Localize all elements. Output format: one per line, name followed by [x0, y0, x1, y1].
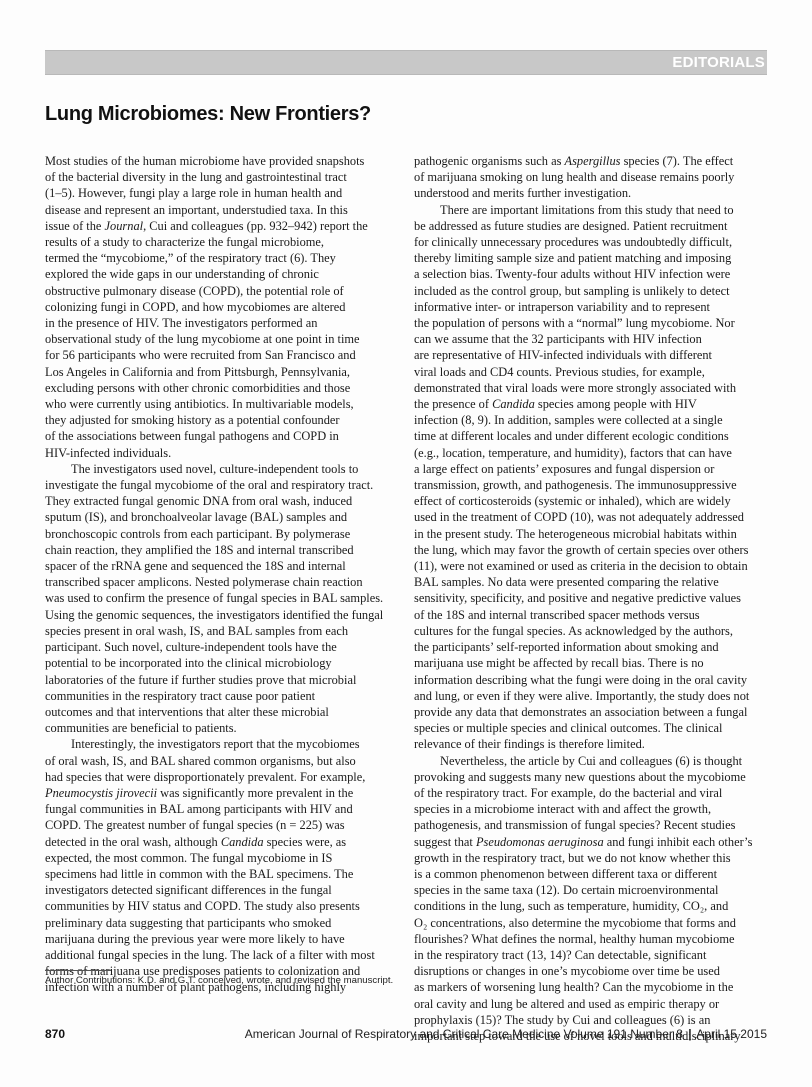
text-line: included as the control group, but sampl… — [414, 283, 770, 299]
text-line: understood and merits further investigat… — [414, 185, 770, 201]
left-column: Most studies of the human microbiome hav… — [45, 153, 401, 996]
body-paragraph: Interestingly, the investigators report … — [45, 736, 401, 995]
text-line: time at different locales and under diff… — [414, 428, 770, 444]
text-line: is a common phenomenon between different… — [414, 866, 770, 882]
text-line: pathogenesis, and transmission of fungal… — [414, 817, 770, 833]
text-line: in the respiratory tract (13, 14)? Can d… — [414, 947, 770, 963]
section-label: EDITORIALS — [672, 54, 765, 71]
text-line: and lung, or even if they were alive. Im… — [414, 688, 770, 704]
text-line: sputum (IS), and bronchoalveolar lavage … — [45, 509, 401, 525]
text-line: cultures for the fungal species. As ackn… — [414, 623, 770, 639]
body-paragraph: There are important limitations from thi… — [414, 202, 770, 753]
text-line: investigators detected significant diffe… — [45, 882, 401, 898]
text-line: of marijuana smoking on lung health and … — [414, 169, 770, 185]
text-line: species present in oral wash, IS, and BA… — [45, 623, 401, 639]
text-line: fungal communities in BAL among particip… — [45, 801, 401, 817]
text-line: chain reaction, they amplified the 18S a… — [45, 542, 401, 558]
text-line: information describing what the fungi we… — [414, 672, 770, 688]
right-column: pathogenic organisms such as Aspergillus… — [414, 153, 770, 1044]
text-line: infection (8, 9). In addition, samples w… — [414, 412, 770, 428]
text-line: as markers of worsening lung health? Can… — [414, 979, 770, 995]
text-line: explored the wide gaps in our understand… — [45, 266, 401, 282]
journal-citation: American Journal of Respiratory and Crit… — [245, 1027, 767, 1041]
text-line: demonstrated that viral loads were more … — [414, 380, 770, 396]
section-header-bar: EDITORIALS — [45, 50, 767, 75]
text-line: disease and represent an important, unde… — [45, 202, 401, 218]
text-line: species in the same taxa (12). Do certai… — [414, 882, 770, 898]
body-paragraph: pathogenic organisms such as Aspergillus… — [414, 153, 770, 202]
text-line: obstructive pulmonary disease (COPD), th… — [45, 283, 401, 299]
text-line: viral loads and CD4 counts. Previous stu… — [414, 364, 770, 380]
text-line: in the presence of HIV. The investigator… — [45, 315, 401, 331]
text-line: informative inter- or intraperson variab… — [414, 299, 770, 315]
text-line: be addressed as future studies are desig… — [414, 218, 770, 234]
text-line: expected, the most common. The fungal my… — [45, 850, 401, 866]
body-paragraph: The investigators used novel, culture-in… — [45, 461, 401, 736]
text-line: (1–5). However, fungi play a large role … — [45, 185, 401, 201]
italic-term: Journal — [105, 219, 144, 233]
text-line: communities by HIV status and COPD. The … — [45, 898, 401, 914]
text-line: they adjusted for smoking history as a p… — [45, 412, 401, 428]
text-line: Interestingly, the investigators report … — [45, 736, 401, 752]
text-line: BAL samples. No data were presented comp… — [414, 574, 770, 590]
text-line: additional fungal species in the lung. T… — [45, 947, 401, 963]
text-line: of the respiratory tract. For example, d… — [414, 785, 770, 801]
text-line: transmission, growth, and pathogenesis. … — [414, 477, 770, 493]
text-line: flourishes? What defines the normal, hea… — [414, 931, 770, 947]
text-line: can we assume that the 32 participants w… — [414, 331, 770, 347]
text-line: (11), were not examined or used as crite… — [414, 558, 770, 574]
text-line: colonizing fungi in COPD, and how mycobi… — [45, 299, 401, 315]
italic-term: Aspergillus — [565, 154, 621, 168]
text-line: who were currently using antibiotics. In… — [45, 396, 401, 412]
text-line: prophylaxis (15)? The study by Cui and c… — [414, 1012, 770, 1028]
footnote-divider — [45, 970, 111, 971]
italic-term: Candida — [221, 835, 264, 849]
text-line: for 56 participants who were recruited f… — [45, 347, 401, 363]
text-line: Using the genomic sequences, the investi… — [45, 607, 401, 623]
text-line: the participants’ self-reported informat… — [414, 639, 770, 655]
text-line: COPD. The greatest number of fungal spec… — [45, 817, 401, 833]
text-line: potential to be incorporated into the cl… — [45, 655, 401, 671]
text-line: marijuana during the previous year were … — [45, 931, 401, 947]
text-line: There are important limitations from thi… — [414, 202, 770, 218]
body-paragraph: Nevertheless, the article by Cui and col… — [414, 753, 770, 1045]
italic-term: Candida — [492, 397, 535, 411]
article-title: Lung Microbiomes: New Frontiers? — [45, 103, 371, 126]
text-line: of oral wash, IS, and BAL shared common … — [45, 753, 401, 769]
footer-separator: | — [686, 1027, 693, 1041]
text-line: participant. Such novel, culture-indepen… — [45, 639, 401, 655]
issue-date: April 15 2015 — [696, 1027, 767, 1041]
text-line: observational study of the lung mycobiom… — [45, 331, 401, 347]
text-line: investigate the fungal mycobiome of the … — [45, 477, 401, 493]
text-line: specimens had little in common with the … — [45, 866, 401, 882]
text-line: was used to confirm the presence of fung… — [45, 590, 401, 606]
text-line: relevance of their findings is therefore… — [414, 736, 770, 752]
text-line: transcribed spacer amplicons. Nested pol… — [45, 574, 401, 590]
text-line: a large effect on patients’ exposures an… — [414, 461, 770, 477]
text-line: detected in the oral wash, although Cand… — [45, 834, 401, 850]
text-line: the population of persons with a “normal… — [414, 315, 770, 331]
text-line: preliminary data suggesting that partici… — [45, 915, 401, 931]
text-line: species or multiple species and clinical… — [414, 720, 770, 736]
italic-term: Pneumocystis jirovecii — [45, 786, 157, 800]
text-line: of the 18S and internal transcribed spac… — [414, 607, 770, 623]
text-line: had species that were disproportionately… — [45, 769, 401, 785]
text-line: the presence of Candida species among pe… — [414, 396, 770, 412]
text-line: of the bacterial diversity in the lung a… — [45, 169, 401, 185]
text-line: used in the treatment of COPD (10), was … — [414, 509, 770, 525]
page-number: 870 — [45, 1027, 65, 1041]
text-line: conditions in the lung, such as temperat… — [414, 898, 770, 914]
text-line: issue of the Journal, Cui and colleagues… — [45, 218, 401, 234]
text-line: results of a study to characterize the f… — [45, 234, 401, 250]
text-line: are representative of HIV-infected indiv… — [414, 347, 770, 363]
text-line: spacer of the rRNA gene and sequenced th… — [45, 558, 401, 574]
text-line: disruptions or changes in one’s mycobiom… — [414, 963, 770, 979]
text-line: excluding persons with other chronic com… — [45, 380, 401, 396]
text-line: HIV-infected individuals. — [45, 445, 401, 461]
text-line: outcomes and that interventions that alt… — [45, 704, 401, 720]
text-line: (e.g., location, temperature, and humidi… — [414, 445, 770, 461]
text-line: termed the “mycobiome,” of the respirato… — [45, 250, 401, 266]
text-line: provoking and suggests many new question… — [414, 769, 770, 785]
text-line: thereby limiting sample size and patient… — [414, 250, 770, 266]
page-footer: 870 American Journal of Respiratory and … — [45, 1027, 767, 1043]
text-line: Los Angeles in California and from Pitts… — [45, 364, 401, 380]
text-line: suggest that Pseudomonas aeruginosa and … — [414, 834, 770, 850]
text-line: laboratories of the future if further st… — [45, 672, 401, 688]
text-line: pathogenic organisms such as Aspergillus… — [414, 153, 770, 169]
text-line: bronchoscopic controls from each partici… — [45, 526, 401, 542]
journal-name: American Journal of Respiratory and Crit… — [245, 1027, 683, 1041]
text-line: The investigators used novel, culture-in… — [45, 461, 401, 477]
text-line: species in a microbiome interact with an… — [414, 801, 770, 817]
text-line: a selection bias. Twenty-four adults wit… — [414, 266, 770, 282]
author-contributions-footnote: Author Contributions: K.D. and G.T. conc… — [45, 974, 401, 988]
text-line: O₂ concentrations, also determine the my… — [414, 915, 770, 931]
body-paragraph: Most studies of the human microbiome hav… — [45, 153, 401, 461]
text-line: in the present study. The heterogeneous … — [414, 526, 770, 542]
text-line: marijuana use might be affected by recal… — [414, 655, 770, 671]
text-line: communities are beneficial to patients. — [45, 720, 401, 736]
italic-term: Pseudomonas aeruginosa — [476, 835, 604, 849]
text-line: oral cavity and lung be altered and used… — [414, 996, 770, 1012]
text-line: provide any data that demonstrates an as… — [414, 704, 770, 720]
text-line: communities in the respiratory tract cau… — [45, 688, 401, 704]
text-line: of the associations between fungal patho… — [45, 428, 401, 444]
text-line: Nevertheless, the article by Cui and col… — [414, 753, 770, 769]
text-line: the lung, which may favor the growth of … — [414, 542, 770, 558]
text-line: They extracted fungal genomic DNA from o… — [45, 493, 401, 509]
text-line: Most studies of the human microbiome hav… — [45, 153, 401, 169]
text-line: Pneumocystis jirovecii was significantly… — [45, 785, 401, 801]
text-line: for clinically unnecessary procedures wa… — [414, 234, 770, 250]
text-line: growth in the respiratory tract, but we … — [414, 850, 770, 866]
text-line: effect of corticosteroids (systemic or i… — [414, 493, 770, 509]
text-line: sensitivity, specificity, and positive a… — [414, 590, 770, 606]
